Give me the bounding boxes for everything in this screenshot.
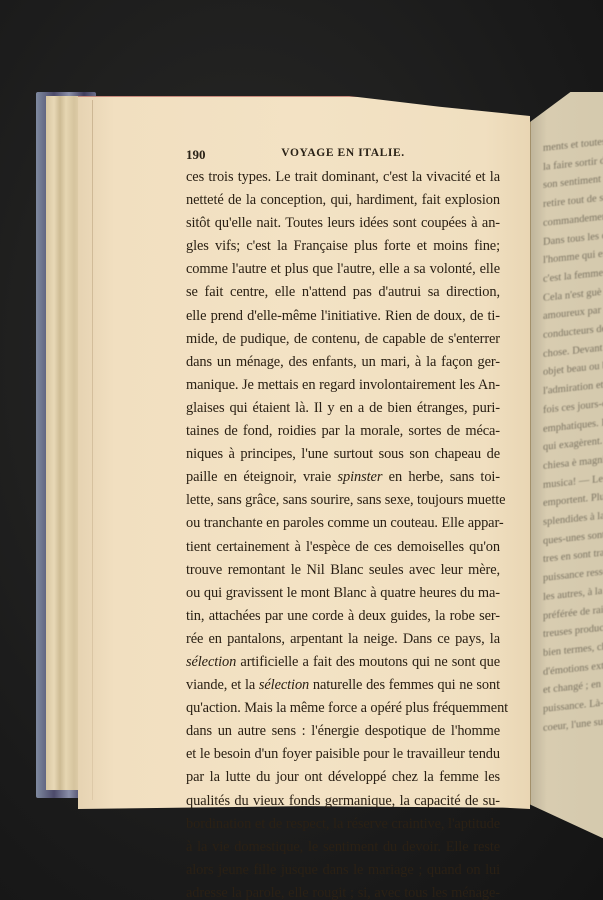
text-line: à la vie domestique, le sentiment du dev… [186,836,500,859]
text-line: rée en pantalons, arpentant la neige. Da… [186,628,500,651]
text-line: comme l'autre et plus que l'autre, elle … [186,258,500,281]
text-line: tient certainement à l'espèce de ces dem… [186,536,500,559]
running-head: 190 VOYAGE EN ITALIE. [186,147,500,165]
text-line: elle prend d'elle-même l'initiative. Rie… [186,305,500,328]
text-line: gles vifs; c'est la Française plus forte… [186,235,500,258]
text-line: lette, sans grâce, sans sourire, sans se… [186,489,500,512]
text-line: netteté de la conception, qui, hardiment… [186,189,500,212]
text-line: ou qui gravissent le mont Blanc à quatre… [186,582,500,605]
text-line: sélection artificielle a fait des mouton… [186,651,500,674]
text-line: niques à principes, l'une surtout sous s… [186,443,500,466]
text-line: sitôt qu'elle nait. Toutes leurs idées s… [186,212,500,235]
body-text: ces trois types. Le trait dominant, c'es… [186,166,500,900]
text-line: manique. Je mettais en regard involontai… [186,374,500,397]
text-line: ou tranchante en paroles comme un coutea… [186,512,500,535]
text-line: dans un autre sens : l'énergie despotiqu… [186,720,500,743]
facing-page-text: ments et toutesla faire sortir duson sen… [543,133,603,739]
text-line: bordination et de respect, la réserve cr… [186,813,500,836]
text-line: tin, attachées par une corde à deux guid… [186,605,500,628]
text-line: se fait centre, elle n'attend pas d'autr… [186,281,500,304]
text-line: glaises qui étaient là. Il y en a de bie… [186,397,500,420]
text-line: ces trois types. Le trait dominant, c'es… [186,166,500,189]
text-line: trouve remontant le Nil Blanc seules ave… [186,559,500,582]
running-title: VOYAGE EN ITALIE. [186,147,500,159]
text-line: mide, de pudique, de contenu, de capable… [186,328,500,351]
text-line: paille en éteignoir, vraie spinster en h… [186,466,500,489]
text-line: viande, et la sélection naturelle des fe… [186,674,500,697]
text-line: et le besoin d'un foyer paisible pour le… [186,743,500,766]
text-line: taines de fond, roidies par la morale, s… [186,420,500,443]
page-fold-line [92,100,93,800]
text-line: qu'action. Mais la même force a opéré pl… [186,697,500,720]
text-line: alors jeune fille jusque dans le mariage… [186,859,500,882]
text-line: qualités du vieux fonds germanique, la c… [186,790,500,813]
text-line: dans un ménage, des enfants, un mari, à … [186,351,500,374]
text-line: adresse la parole, elle rougit ; si, ave… [186,882,500,900]
text-line: par la lutte du jour ont développé chez … [186,766,500,789]
